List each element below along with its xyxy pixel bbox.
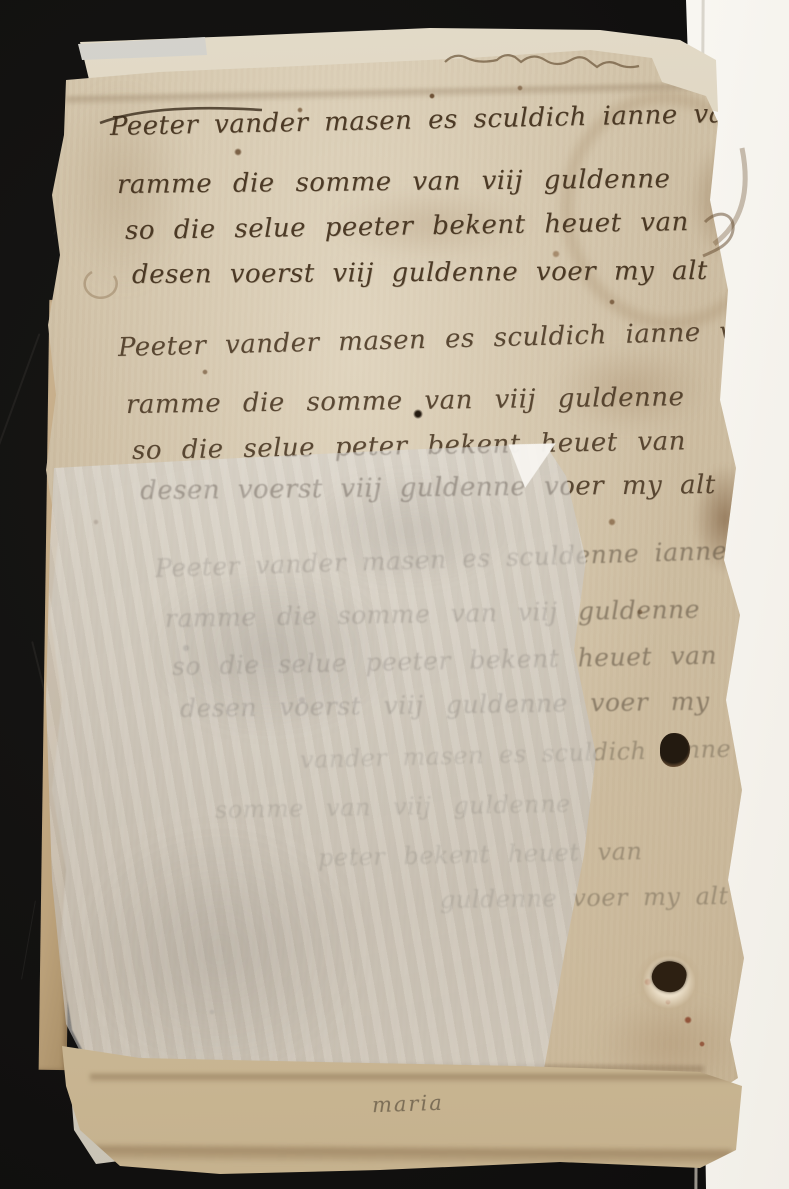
background-scratch <box>0 333 40 446</box>
strip-top-crease <box>90 1074 738 1082</box>
manuscript-line: desen voerst viij guldenne voer my alt <box>132 256 708 290</box>
strip-bottom-crease <box>92 1146 732 1164</box>
worm-hole <box>649 957 689 995</box>
manuscript-photograph: Peeter vander masen es sculdich ianne va… <box>0 0 789 1189</box>
overlay-smudge <box>140 560 400 740</box>
manuscript-line: ramme die somme van viij guldenne <box>117 164 671 200</box>
hole-crater <box>636 950 702 1014</box>
bottom-note-text: maria <box>372 1091 445 1117</box>
overlay-smudge <box>70 820 370 1080</box>
overlay-smudge <box>300 470 520 590</box>
background-scratch <box>21 901 36 980</box>
